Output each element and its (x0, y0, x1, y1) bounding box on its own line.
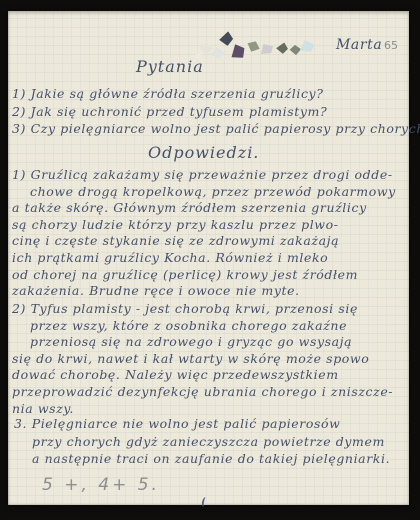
question-line: 1) Jakie są główne źródła szerzenia gruź… (12, 85, 420, 103)
questions-heading: Pytania (136, 57, 204, 76)
answer-line: przeprowadzić dezynfekcję ubrania choreg… (12, 384, 393, 401)
corner-handwritten-name: Marta (336, 37, 382, 53)
answer-line: 2) Tyfus plamisty - jest chorobą krwi, p… (12, 301, 393, 318)
teacher-grade: 5 +, 4+ 5. (42, 475, 160, 495)
confetti-fragment (217, 29, 235, 47)
confetti-fragment (246, 40, 261, 53)
confetti-fragment (199, 42, 214, 55)
answer-line: dować chorobę. Należy więc przedewszystk… (12, 367, 393, 384)
answer-line: ich prątkami gruźlicy Kocha. Również i m… (12, 250, 396, 267)
photo-backdrop: Marta 65 Pytania 1) Jakie są główne źród… (0, 0, 420, 520)
answer-2: 2) Tyfus plamisty - jest chorobą krwi, p… (12, 301, 393, 417)
answer-line: 1) Gruźlicą zakażamy się przeważnie prze… (12, 167, 396, 184)
question-line: 2) Jak się uchronić przed tyfusem plamis… (12, 103, 420, 121)
answer-3: 3. Pielęgniarce nie wolno jest palić pap… (14, 415, 390, 468)
notebook-page: Marta 65 Pytania 1) Jakie są główne źród… (8, 11, 409, 505)
answer-line: przy chorych gdyż zanieczyszcza powietrz… (14, 433, 390, 451)
question-line: 3) Czy pielęgniarce wolno jest palić pap… (12, 120, 420, 138)
answer-line: a następnie traci on zaufanie do takiej … (14, 450, 390, 468)
answer-line: są chorzy ludzie którzy przy kaszlu prze… (12, 217, 396, 234)
answer-line: od chorej na gruźlicę (perlicę) krowy je… (12, 267, 396, 284)
confetti-fragment (261, 44, 273, 54)
answer-line: przez wszy, które z osobnika chorego zak… (12, 318, 393, 335)
confetti-fragment (300, 40, 315, 54)
answers-heading: Odpowiedzi. (148, 143, 259, 162)
page-number: 65 (384, 39, 398, 52)
confetti-fragment (227, 42, 246, 60)
answer-line: cinę i częste stykanie się ze zdrowymi z… (12, 233, 396, 250)
answer-line: przeniosą się na zdrowego i gryząc go ws… (12, 334, 393, 351)
questions-list: 1) Jakie są główne źródła szerzenia gruź… (12, 85, 420, 138)
answer-line: a także skórę. Głównym źródłem szerzenia… (12, 200, 396, 217)
answer-line: zakażenia. Brudne ręce i owoce nie myte. (12, 283, 396, 300)
answer-1: 1) Gruźlicą zakażamy się przeważnie prze… (12, 167, 396, 300)
answer-line: 3. Pielęgniarce nie wolno jest palić pap… (14, 415, 390, 433)
answer-line: chowe drogą kropelkową, przez przewód po… (12, 184, 396, 201)
confetti-fragment (274, 40, 289, 55)
stray-ink-mark (201, 497, 207, 508)
answer-line: się do krwi, nawet i kał wtarty w skórę … (12, 351, 393, 368)
